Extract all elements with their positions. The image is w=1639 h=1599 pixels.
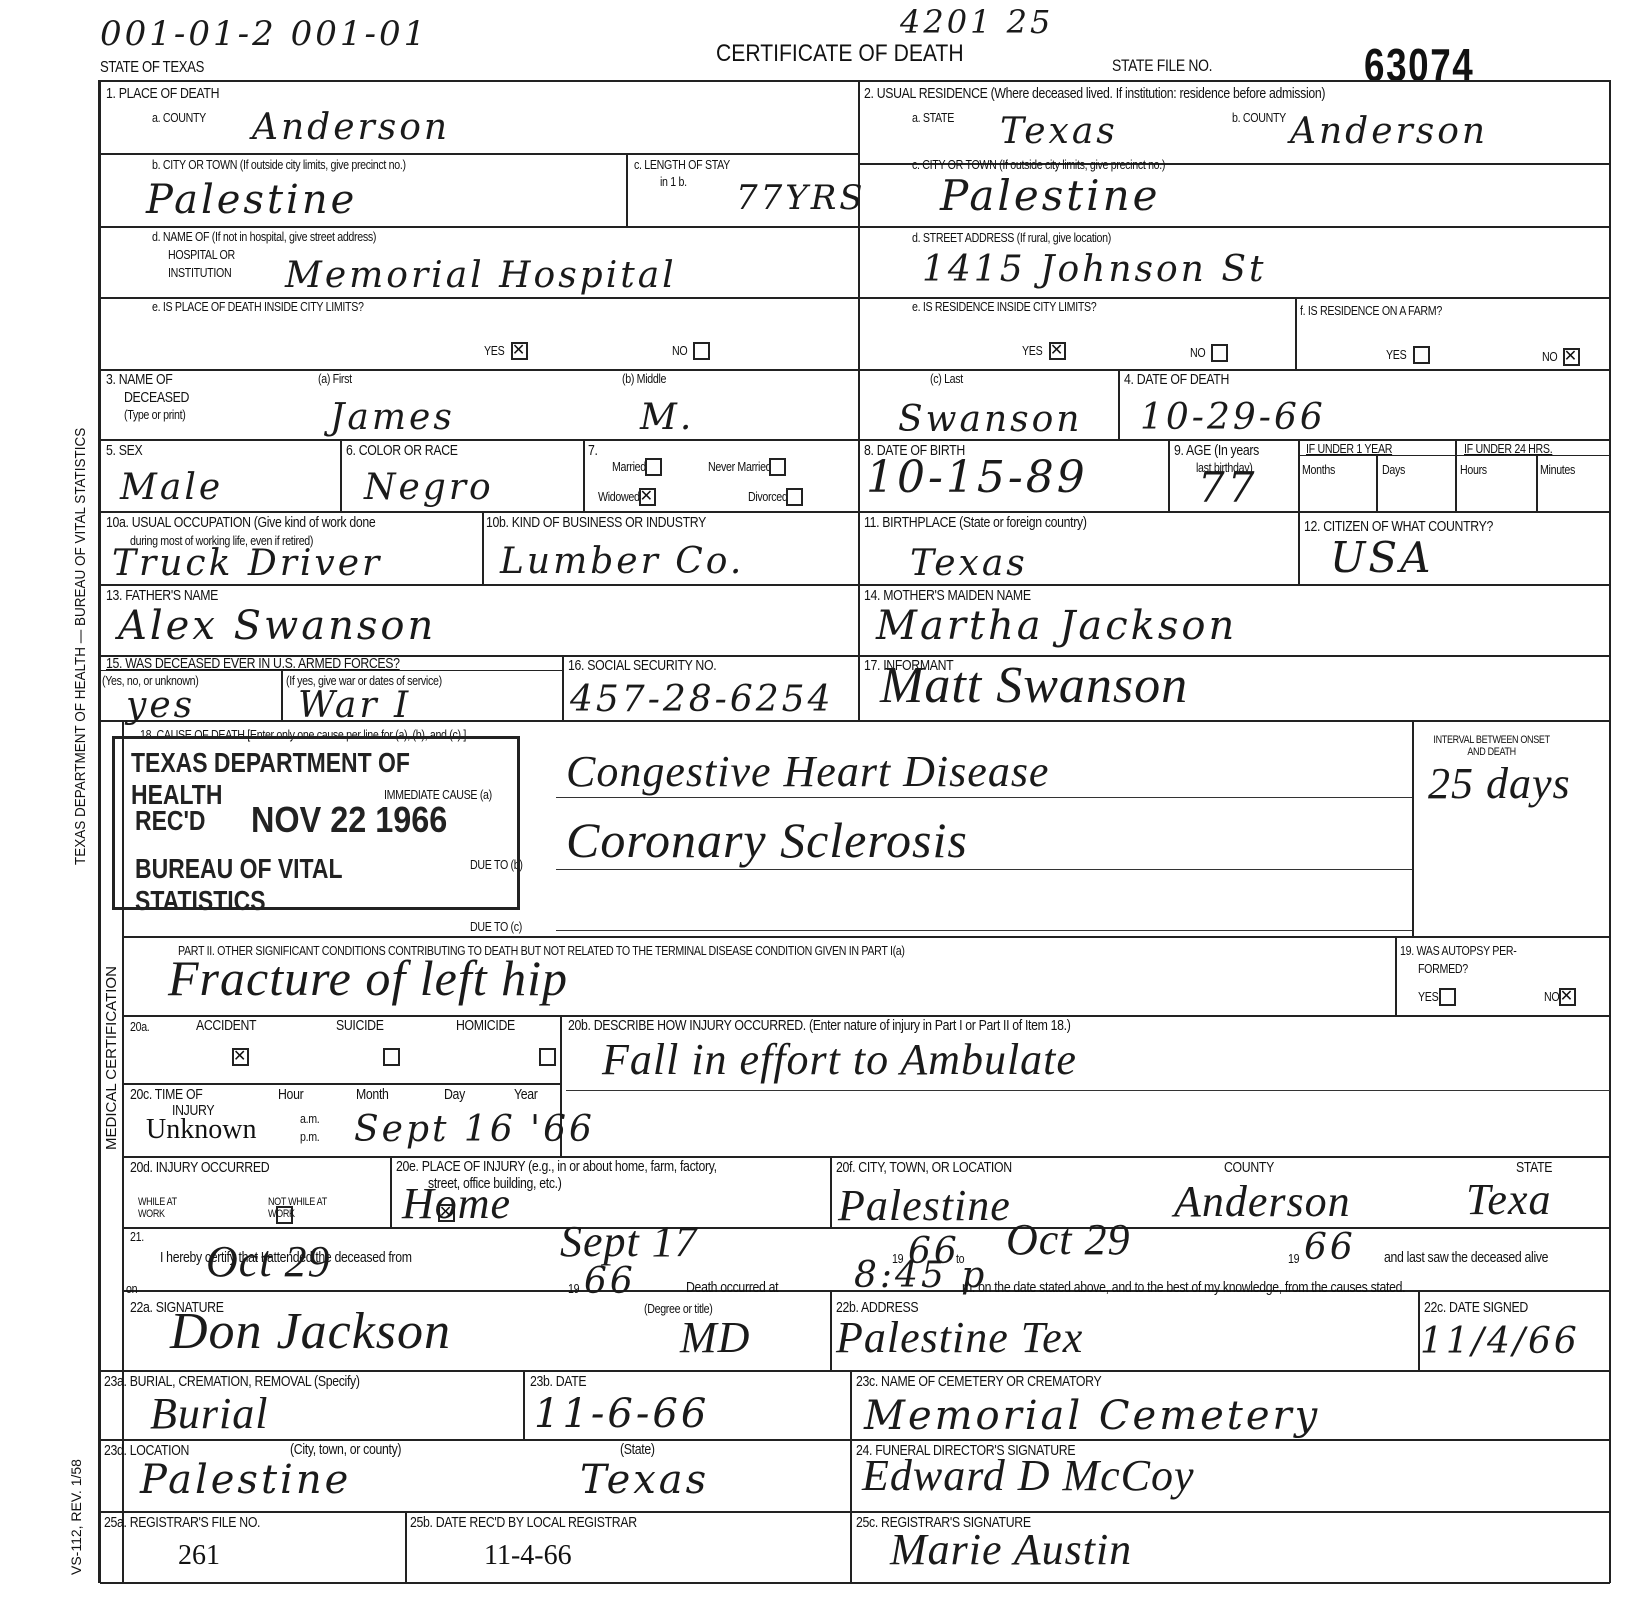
cert-number-label: 21. (130, 1230, 144, 1244)
ssn-value[interactable]: 457-28-6254 (570, 680, 833, 720)
divorced-label: Divorced (748, 490, 787, 504)
injury-location-label: 20f. CITY, TOWN, OR LOCATION (836, 1160, 1012, 1176)
last-name-value[interactable]: Swanson (898, 400, 1082, 440)
informant-value[interactable]: Matt Swanson (880, 666, 1188, 706)
sex-value[interactable]: Male (120, 468, 223, 508)
death-inside-city-no[interactable]: NO (672, 342, 710, 360)
side-label-dept: TEXAS DEPARTMENT OF HEALTH — BUREAU OF V… (72, 428, 89, 865)
state-of-texas-label: STATE OF TEXAS (100, 60, 204, 76)
divorced-checkbox[interactable] (786, 488, 803, 506)
age-value[interactable]: 77 (1198, 468, 1257, 508)
year-label: Year (514, 1088, 538, 1102)
residence-city-value[interactable]: Palestine (940, 176, 1160, 216)
residence-street-value[interactable]: 1415 Johnson St (922, 250, 1266, 290)
degree-value[interactable]: MD (680, 1318, 750, 1358)
residence-state-value[interactable]: Texas (1000, 112, 1118, 152)
address-value[interactable]: Palestine Tex (836, 1318, 1083, 1358)
burial-date-value[interactable]: 11-6-66 (534, 1394, 709, 1434)
injury-county-label: COUNTY (1224, 1160, 1274, 1176)
age-label-1: 9. AGE (In years (1174, 443, 1259, 459)
citizen-value[interactable]: USA (1330, 538, 1434, 578)
cert-last-seen-year-value[interactable]: 66 (584, 1262, 636, 1302)
hospital-label-2: HOSPITAL OR (168, 248, 235, 262)
name-label-3: (Type or print) (124, 408, 185, 422)
suicide-checkbox[interactable] (383, 1048, 400, 1066)
death-occurred-label: Death occurred at (686, 1280, 778, 1296)
father-value[interactable]: Alex Swanson (118, 606, 436, 646)
stay-label: c. LENGTH OF STAY (634, 158, 730, 172)
race-label: 6. COLOR OR RACE (346, 443, 458, 459)
armed-forces-value[interactable]: yes (126, 686, 195, 726)
residence-farm-no[interactable]: NO (1542, 348, 1580, 366)
burial-location-city-value[interactable]: Palestine (140, 1460, 351, 1500)
date-signed-label: 22c. DATE SIGNED (1424, 1300, 1528, 1316)
middle-name-label: (b) Middle (622, 372, 666, 386)
cert-last-seen-year-prefix: 19 (568, 1282, 579, 1296)
date-of-death-label: 4. DATE OF DEATH (1124, 372, 1229, 388)
yes-label: YES (1386, 348, 1406, 362)
under-24-label: IF UNDER 24 HRS. (1464, 442, 1552, 456)
no-label: NO (1544, 990, 1559, 1004)
hours-label: Hours (1460, 464, 1487, 476)
date-signed-value[interactable]: 11/4/66 (1420, 1322, 1580, 1362)
not-while-at-work-label: NOT WHILE AT WORK (268, 1196, 329, 1220)
yes-label: YES (1022, 344, 1042, 358)
death-city-label: b. CITY OR TOWN (If outside city limits,… (152, 158, 406, 172)
burial-location-state-value[interactable]: Texas (580, 1460, 709, 1500)
disposition-value[interactable]: Burial (150, 1394, 268, 1434)
stamp-line-3: BUREAU OF VITAL STATISTICS (135, 853, 448, 917)
date-of-birth-value[interactable]: 10-15-89 (866, 458, 1088, 498)
marital-label: 7. (588, 443, 598, 459)
interval-value[interactable]: 25 days (1428, 764, 1571, 804)
no-label: NO (672, 344, 687, 358)
hospital-value[interactable]: Memorial Hospital (285, 256, 677, 296)
part2-value[interactable]: Fracture of left hip (168, 958, 568, 998)
residence-inside-city-no[interactable]: NO (1190, 344, 1228, 362)
place-of-injury-label-1: 20e. PLACE OF INJURY (e.g., in or about … (396, 1160, 717, 1174)
registrar-file-value[interactable]: 261 (178, 1540, 220, 1572)
describe-injury-label: 20b. DESCRIBE HOW INJURY OCCURRED. (Ente… (568, 1018, 1071, 1034)
mother-label: 14. MOTHER'S MAIDEN NAME (864, 588, 1031, 604)
residence-farm-label: f. IS RESIDENCE ON A FARM? (1300, 304, 1442, 318)
middle-name-value[interactable]: M. (640, 398, 694, 438)
burial-location-city-label: (City, town, or county) (290, 1443, 401, 1457)
due-to-c-label: DUE TO (c) (470, 920, 522, 934)
stay-value[interactable]: 77YRS (736, 178, 866, 218)
due-to-b-value[interactable]: Coronary Sclerosis (566, 820, 968, 860)
birthplace-value[interactable]: Texas (910, 544, 1028, 584)
registrar-signature[interactable]: Marie Austin (890, 1530, 1132, 1570)
mother-value[interactable]: Martha Jackson (876, 606, 1237, 646)
month-label: Month (356, 1088, 389, 1102)
side-label-form-no: VS-112, REV. 1/58 (68, 1459, 84, 1575)
yes-checkbox[interactable] (511, 342, 528, 360)
injury-hour-value[interactable]: Unknown (146, 1114, 256, 1146)
stamp-line-2-date: NOV 22 1966 (251, 799, 447, 841)
never-married-label: Never Married (708, 460, 771, 474)
no-checkbox[interactable] (693, 342, 710, 360)
days-label: Days (1382, 464, 1405, 476)
day-label: Day (444, 1088, 465, 1102)
burial-date-label: 23b. DATE (530, 1374, 586, 1390)
last-name-label: (c) Last (930, 372, 963, 386)
race-value[interactable]: Negro (364, 468, 494, 508)
occupation-value[interactable]: Truck Driver (112, 544, 382, 584)
cert-last-seen-value[interactable]: Oct 29 (206, 1242, 331, 1282)
injury-city-value[interactable]: Palestine (838, 1186, 1011, 1226)
cert-to-year-value[interactable]: 66 (1304, 1228, 1356, 1268)
autopsy-no[interactable]: NO (1544, 988, 1576, 1006)
birthplace-label: 11. BIRTHPLACE (State or foreign country… (864, 515, 1087, 531)
handwritten-code-center: 4201 25 (900, 2, 1053, 42)
yes-label: YES (484, 344, 504, 358)
yes-checkbox[interactable] (1413, 346, 1430, 364)
name-label-2: DECEASED (124, 390, 189, 406)
disposition-label: 23a. BURIAL, CREMATION, REMOVAL (Specify… (104, 1374, 360, 1390)
no-label: NO (1542, 350, 1557, 364)
cert-to-year-prefix: 19 (1288, 1252, 1299, 1266)
cert-on-label: on (126, 1282, 137, 1296)
marital-married[interactable]: Married (612, 458, 662, 476)
injury-state-label: STATE (1516, 1160, 1552, 1176)
residence-farm-yes[interactable]: YES (1386, 346, 1430, 364)
suicide-label: SUICIDE (336, 1018, 384, 1034)
autopsy-yes[interactable]: YES (1418, 988, 1456, 1006)
residence-label: 2. USUAL RESIDENCE (Where deceased lived… (864, 86, 1325, 102)
death-inside-city-yes[interactable]: YES (484, 342, 528, 360)
war-value[interactable]: War I (298, 686, 411, 726)
autopsy-label-2: FORMED? (1418, 962, 1468, 976)
residence-county-value[interactable]: Anderson (1290, 112, 1488, 152)
sex-label: 5. SEX (106, 443, 142, 459)
death-county-value[interactable]: Anderson (252, 108, 450, 148)
injury-occurred-label: 20d. INJURY OCCURRED (130, 1160, 269, 1176)
side-label-medical: MEDICAL CERTIFICATION (103, 966, 120, 1150)
hospital-label-3: INSTITUTION (168, 266, 231, 280)
injury-state-value[interactable]: Texa (1466, 1180, 1552, 1220)
first-name-value[interactable]: James (330, 398, 455, 438)
hospital-label-1: d. NAME OF (If not in hospital, give str… (152, 230, 376, 244)
burial-location-state-label: (State) (620, 1443, 655, 1457)
occupation-label-1: 10a. USUAL OCCUPATION (Give kind of work… (106, 515, 375, 531)
while-at-work-label: WHILE AT WORK (138, 1196, 187, 1220)
first-name-label: (a) First (318, 372, 352, 386)
interval-label: INTERVAL BETWEEN ONSET AND DEATH (1426, 734, 1557, 758)
date-received-label: 25b. DATE REC'D BY LOCAL REGISTRAR (410, 1515, 637, 1531)
no-checkbox[interactable] (1211, 344, 1228, 362)
homicide-checkbox[interactable] (539, 1048, 556, 1066)
place-of-injury-value[interactable]: Home (402, 1184, 511, 1224)
yes-checkbox[interactable] (1439, 988, 1456, 1006)
married-checkbox[interactable] (645, 458, 662, 476)
due-to-c-value[interactable] (556, 930, 1412, 931)
residence-county-label: b. COUNTY (1232, 111, 1286, 125)
describe-injury-value[interactable]: Fall in effort to Ambulate (602, 1040, 1077, 1080)
am-label: a.m. (300, 1112, 319, 1126)
no-label: NO (1190, 346, 1205, 360)
registrar-file-label: 25a. REGISTRAR'S FILE NO. (104, 1515, 260, 1531)
injury-type-label: 20a. (130, 1020, 149, 1034)
yes-checkbox[interactable] (1049, 342, 1066, 360)
under-year-label: IF UNDER 1 YEAR (1306, 442, 1392, 456)
death-inside-city-label: e. IS PLACE OF DEATH INSIDE CITY LIMITS? (152, 300, 364, 314)
business-value[interactable]: Lumber Co. (500, 542, 744, 582)
widowed-checkbox[interactable] (639, 488, 656, 506)
marital-widowed[interactable]: Widowed (598, 488, 656, 506)
handwritten-code-left: 001-01-2 001-01 (100, 14, 428, 54)
immediate-cause-value[interactable]: Congestive Heart Disease (566, 752, 1049, 792)
married-label: Married (612, 460, 646, 474)
certificate-title: CERTIFICATE OF DEATH (716, 40, 964, 68)
pm-label: p.m. (300, 1130, 319, 1144)
residence-street-label: d. STREET ADDRESS (If rural, give locati… (912, 231, 1111, 245)
state-file-number: 63074 (1364, 38, 1474, 92)
months-label: Months (1302, 464, 1335, 476)
injury-date-value[interactable]: Sept 16 '66 (354, 1110, 595, 1150)
minutes-label: Minutes (1540, 464, 1575, 476)
residence-state-label: a. STATE (912, 111, 954, 125)
funeral-director-signature[interactable]: Edward D McCoy (862, 1456, 1195, 1496)
death-city-value[interactable]: Palestine (146, 180, 357, 220)
stay-sub-label: in 1 b. (660, 175, 687, 189)
date-received-value[interactable]: 11-4-66 (484, 1540, 572, 1572)
homicide-label: HOMICIDE (456, 1018, 515, 1034)
marital-never-married[interactable]: Never Married (708, 458, 786, 476)
never-married-checkbox[interactable] (769, 458, 786, 476)
accident-checkbox[interactable] (232, 1048, 249, 1066)
residence-city-label: c. CITY OR TOWN (If outside city limits,… (912, 158, 1165, 172)
ssn-label: 16. SOCIAL SECURITY NO. (568, 658, 716, 674)
cert-from-value[interactable]: Sept 17 (560, 1222, 698, 1262)
name-label-1: 3. NAME OF (106, 372, 172, 388)
accident-label: ACCIDENT (196, 1018, 256, 1034)
father-label: 13. FATHER'S NAME (106, 588, 218, 604)
autopsy-label-1: 19. WAS AUTOPSY PER- (1400, 944, 1516, 958)
no-checkbox[interactable] (1563, 348, 1580, 366)
received-stamp: TEXAS DEPARTMENT OF HEALTH REC'D NOV 22 … (112, 736, 520, 910)
hour-label: Hour (278, 1088, 303, 1102)
armed-forces-label: 15. WAS DECEASED EVER IN U.S. ARMED FORC… (106, 656, 400, 672)
injury-county-value[interactable]: Anderson (1174, 1182, 1351, 1222)
marital-divorced[interactable]: Divorced (748, 488, 803, 506)
residence-inside-city-label: e. IS RESIDENCE INSIDE CITY LIMITS? (912, 300, 1096, 314)
cert-text-3: m. on the date stated above, and to the … (962, 1280, 1405, 1296)
state-file-label: STATE FILE NO. (1112, 58, 1212, 74)
place-of-death-label: 1. PLACE OF DEATH (106, 86, 219, 102)
cemetery-label: 23c. NAME OF CEMETERY OR CREMATORY (856, 1374, 1101, 1390)
residence-inside-city-yes[interactable]: YES (1022, 342, 1066, 360)
widowed-label: Widowed (598, 490, 640, 504)
date-of-death-value[interactable]: 10-29-66 (1140, 398, 1326, 438)
yes-label: YES (1418, 990, 1438, 1004)
cert-to-value[interactable]: Oct 29 (1006, 1220, 1131, 1260)
stamp-line-2-prefix: REC'D (135, 805, 206, 837)
no-checkbox[interactable] (1559, 988, 1576, 1006)
time-of-injury-label-1: 20c. TIME OF (130, 1088, 202, 1102)
death-county-label: a. COUNTY (152, 111, 206, 125)
cert-text-2: and last saw the deceased alive (1384, 1250, 1548, 1266)
physician-signature[interactable]: Don Jackson (170, 1312, 451, 1352)
business-label: 10b. KIND OF BUSINESS OR INDUSTRY (486, 515, 706, 531)
cemetery-value[interactable]: Memorial Cemetery (864, 1396, 1320, 1436)
